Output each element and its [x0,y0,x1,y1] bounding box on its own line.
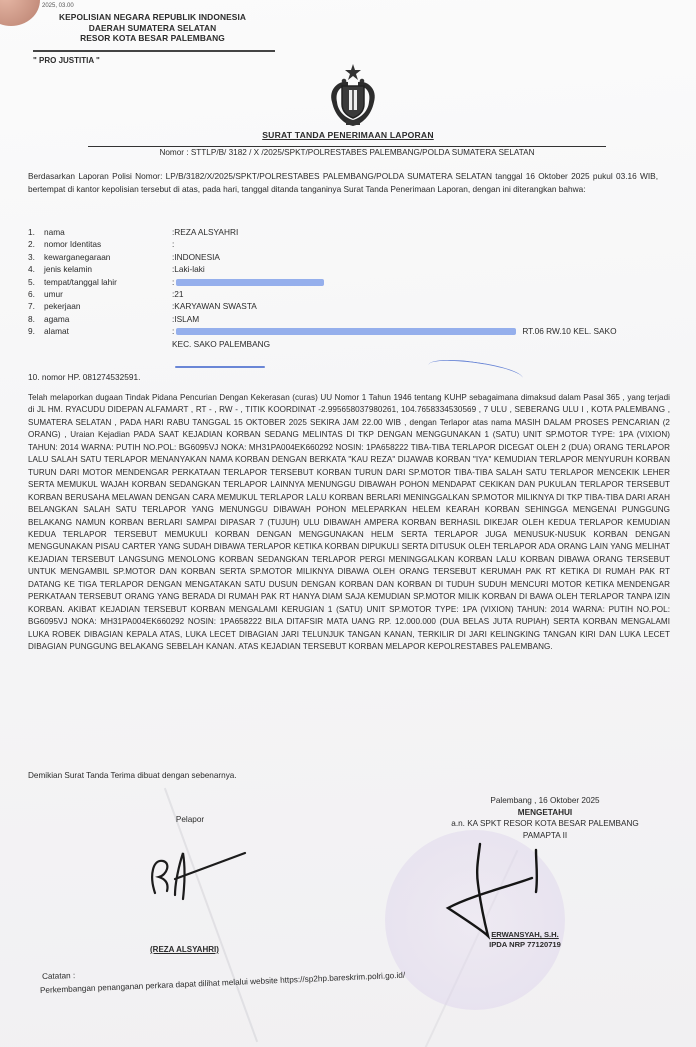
identity-label: umur [44,288,172,300]
document-number: Nomor : STTLP/B/ 3182 / X /2025/SPKT/POL… [88,146,606,157]
identity-value: :KARYAWAN SWASTA [172,300,668,312]
identity-row: 2.nomor Identitas: [28,238,668,250]
identity-value-suffix: RT.06 RW.10 KEL. SAKO [522,326,616,336]
identity-label: nama [44,226,172,238]
officer-signature-block: Palembang , 16 Oktober 2025 MENGETAHUI a… [395,795,695,841]
identity-number: 9. [28,325,44,337]
letterhead-line-3: RESOR KOTA BESAR PALEMBANG [30,33,275,44]
identity-value: :INDONESIA [172,251,668,263]
identity-number: 1. [28,226,44,238]
identity-value: :REZA ALSYAHRI [172,226,668,238]
identity-value-text: : [172,277,174,287]
identity-value-text: :KARYAWAN SWASTA [172,301,257,311]
police-emblem-icon [318,62,388,132]
identity-number: 6. [28,288,44,300]
pen-mark [175,366,265,368]
identity-value: KEC. SAKO PALEMBANG [172,338,668,350]
identity-list: 1.nama:REZA ALSYAHRI2.nomor Identitas:3.… [28,226,668,350]
identity-number: 7. [28,300,44,312]
acknowledged-label: MENGETAHUI [395,807,695,819]
identity-row: 6.umur:21 [28,288,668,300]
document-page: 2025, 03.00 KEPOLISIAN NEGARA REPUBLIK I… [0,0,696,1047]
pro-justitia: " PRO JUSTITIA " [33,56,100,65]
identity-row: KEC. SAKO PALEMBANG [28,338,668,350]
identity-label [44,338,172,350]
identity-value-text: :INDONESIA [172,252,220,262]
reporter-name: (REZA ALSYAHRI) [150,945,219,954]
identity-number: 3. [28,251,44,263]
pen-mark [427,355,524,387]
identity-value-text: :REZA ALSYAHRI [172,227,238,237]
identity-label: nomor Identitas [44,238,172,250]
identity-value: : [172,238,668,250]
identity-label: pekerjaan [44,300,172,312]
identity-value-text: : [172,239,174,249]
identity-value: :Laki-laki [172,263,668,275]
identity-label: kewarganegaraan [44,251,172,263]
identity-row: 9.alamat:RT.06 RW.10 KEL. SAKO [28,325,668,337]
reporter-label: Pelapor [120,815,260,824]
identity-label: jenis kelamin [44,263,172,275]
intro-paragraph: Berdasarkan Laporan Polisi Nomor: LP/B/3… [28,170,658,195]
reporter-signature [145,845,255,905]
reporter-signature-block: Pelapor [120,815,260,824]
place-date: Palembang , 16 Oktober 2025 [395,795,695,807]
identity-row: 7.pekerjaan:KARYAWAN SWASTA [28,300,668,312]
letterhead-divider [33,50,275,52]
on-behalf-label: a.n. KA SPKT RESOR KOTA BESAR PALEMBANG [395,818,695,830]
phone-number: 10. nomor HP. 081274532591. [28,372,140,382]
identity-value-text: : [172,326,174,336]
identity-label: alamat [44,325,172,337]
identity-number: 8. [28,313,44,325]
redaction-mark [176,279,324,286]
letterhead-line-1: KEPOLISIAN NEGARA REPUBLIK INDONESIA [30,12,275,23]
identity-value-text: :Laki-laki [172,264,205,274]
identity-value: : [172,276,668,288]
officer-signature [440,840,560,940]
identity-number [28,338,44,350]
officer-name-block: ERWANSYAH, S.H. IPDA NRP 77120719 [455,930,595,950]
timestamp-fragment: 2025, 03.00 [42,3,74,9]
identity-number: 4. [28,263,44,275]
identity-number: 2. [28,238,44,250]
identity-value-text: KEC. SAKO PALEMBANG [172,339,270,349]
notes-label: Catatan : [42,971,75,981]
identity-row: 3.kewarganegaraan:INDONESIA [28,251,668,263]
closing-statement: Demikian Surat Tanda Terima dibuat denga… [28,771,237,780]
identity-number: 5. [28,276,44,288]
identity-label: agama [44,313,172,325]
identity-row: 4.jenis kelamin:Laki-laki [28,263,668,275]
identity-row: 1.nama:REZA ALSYAHRI [28,226,668,238]
document-title: SURAT TANDA PENERIMAAN LAPORAN [0,130,696,140]
identity-value: :21 [172,288,668,300]
paper-crease [164,788,258,1042]
identity-row: 8.agama:ISLAM [28,313,668,325]
redaction-mark [176,328,516,335]
letterhead-line-2: DAERAH SUMATERA SELATAN [30,23,275,34]
officer-name: ERWANSYAH, S.H. [455,930,595,940]
report-body: Telah melaporkan dugaan Tindak Pidana Pe… [28,392,670,654]
identity-row: 5.tempat/tanggal lahir: [28,276,668,288]
identity-value-text: :21 [172,289,184,299]
letterhead: KEPOLISIAN NEGARA REPUBLIK INDONESIA DAE… [30,12,275,44]
identity-value-text: :ISLAM [172,314,199,324]
identity-value: :RT.06 RW.10 KEL. SAKO [172,325,668,337]
identity-value: :ISLAM [172,313,668,325]
officer-id: IPDA NRP 77120719 [455,940,595,950]
identity-label: tempat/tanggal lahir [44,276,172,288]
